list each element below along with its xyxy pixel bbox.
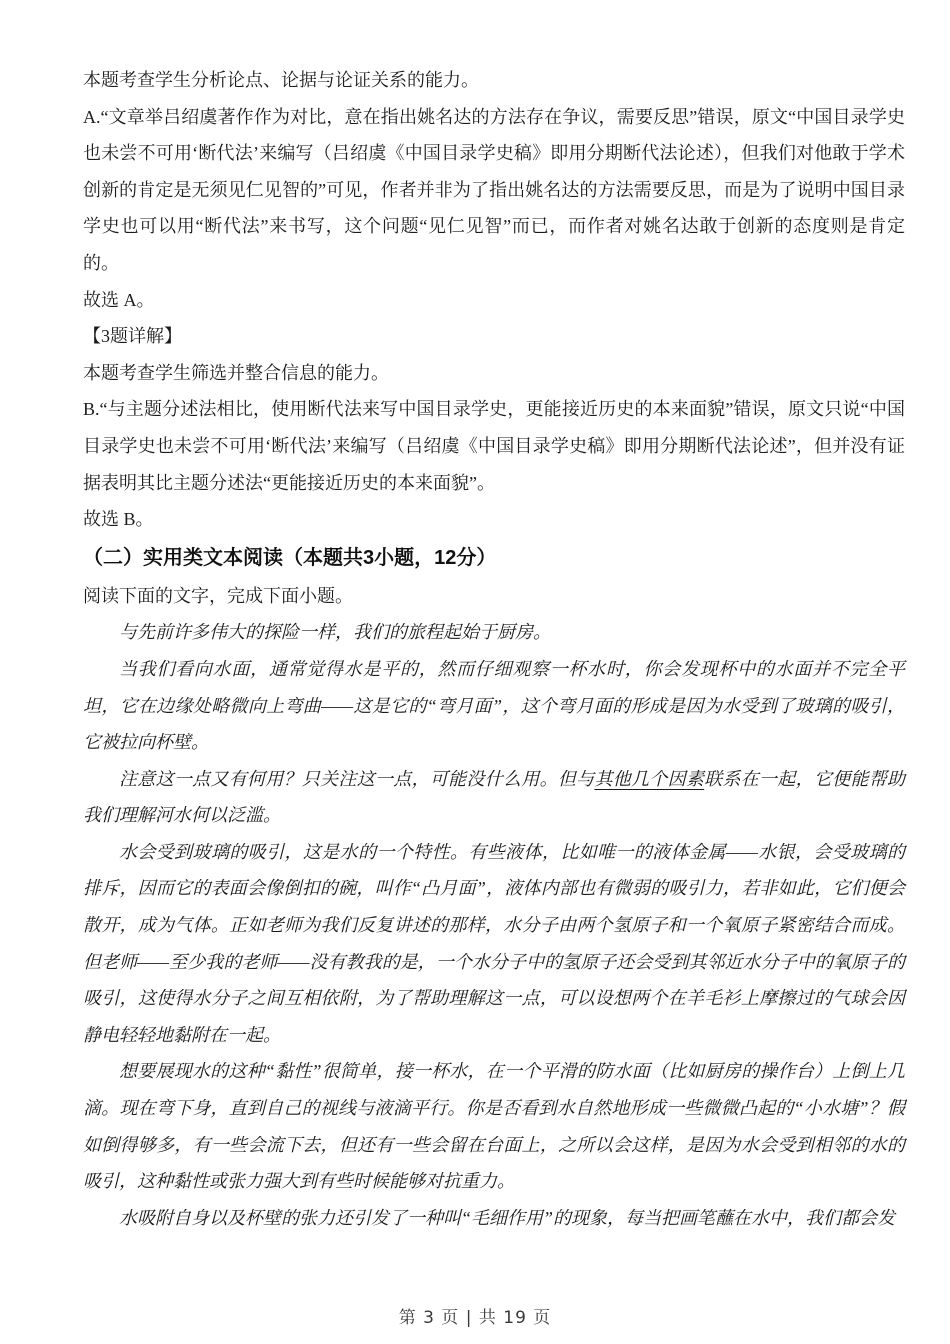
passage-paragraph: 水吸附自身以及杯壁的张力还引发了一种叫“毛细作用”的现象，每当把画笔蘸在水中，我… xyxy=(83,1200,905,1237)
analysis-q3-conclusion: 故选 B。 xyxy=(83,501,905,538)
reading-passage: 与先前许多伟大的探险一样，我们的旅程起始于厨房。 当我们看向水面，通常觉得水是平… xyxy=(83,614,905,1236)
passage-paragraph: 水会受到玻璃的吸引，这是水的一个特性。有些液体，比如唯一的液体金属——水银，会受… xyxy=(83,834,905,1054)
analysis-q3-intro: 本题考查学生筛选并整合信息的能力。 xyxy=(83,355,905,392)
analysis-q3-option-b: B.“与主题分述法相比，使用断代法来写中国目录学史，更能接近历史的本来面貌”错误… xyxy=(83,391,905,501)
analysis-question-3: 【3题详解】 本题考查学生筛选并整合信息的能力。 B.“与主题分述法相比，使用断… xyxy=(83,318,905,538)
page-footer: 第 3 页 | 共 19 页 xyxy=(0,1303,950,1328)
q3-detail-header: 【3题详解】 xyxy=(83,318,905,355)
reading-instruction: 阅读下面的文字，完成下面小题。 xyxy=(83,578,905,615)
section-2-practical-reading: （二）实用类文本阅读（本题共3小题，12分） 阅读下面的文字，完成下面小题。 与… xyxy=(83,539,905,1237)
underlined-phrase: 其他几个因素 xyxy=(594,769,704,789)
document-page: 本题考查学生分析论点、论据与论证关系的能力。 A.“文章举吕绍虞著作作为对比，意… xyxy=(0,0,950,1344)
page-content: 本题考查学生分析论点、论据与论证关系的能力。 A.“文章举吕绍虞著作作为对比，意… xyxy=(83,62,905,1236)
analysis-q2-intro: 本题考查学生分析论点、论据与论证关系的能力。 xyxy=(83,62,905,99)
analysis-q2-conclusion: 故选 A。 xyxy=(83,282,905,319)
page-number-label: 第 3 页 | 共 19 页 xyxy=(399,1308,552,1328)
section-heading: （二）实用类文本阅读（本题共3小题，12分） xyxy=(83,539,905,577)
passage-paragraph: 想要展现水的这种“黏性”很简单，接一杯水，在一个平滑的防水面（比如厨房的操作台）… xyxy=(83,1053,905,1199)
analysis-q2-option-a: A.“文章举吕绍虞著作作为对比，意在指出姚名达的方法存在争议，需要反思”错误，原… xyxy=(83,99,905,282)
passage-paragraph: 与先前许多伟大的探险一样，我们的旅程起始于厨房。 xyxy=(83,614,905,651)
passage-paragraph: 注意这一点又有何用？只关注这一点，可能没什么用。但与其他几个因素联系在一起，它便… xyxy=(83,761,905,834)
passage-paragraph: 当我们看向水面，通常觉得水是平的，然而仔细观察一杯水时，你会发现杯中的水面并不完… xyxy=(83,651,905,761)
analysis-question-2: 本题考查学生分析论点、论据与论证关系的能力。 A.“文章举吕绍虞著作作为对比，意… xyxy=(83,62,905,318)
passage-text: 注意这一点又有何用？只关注这一点，可能没什么用。但与 xyxy=(119,769,594,789)
